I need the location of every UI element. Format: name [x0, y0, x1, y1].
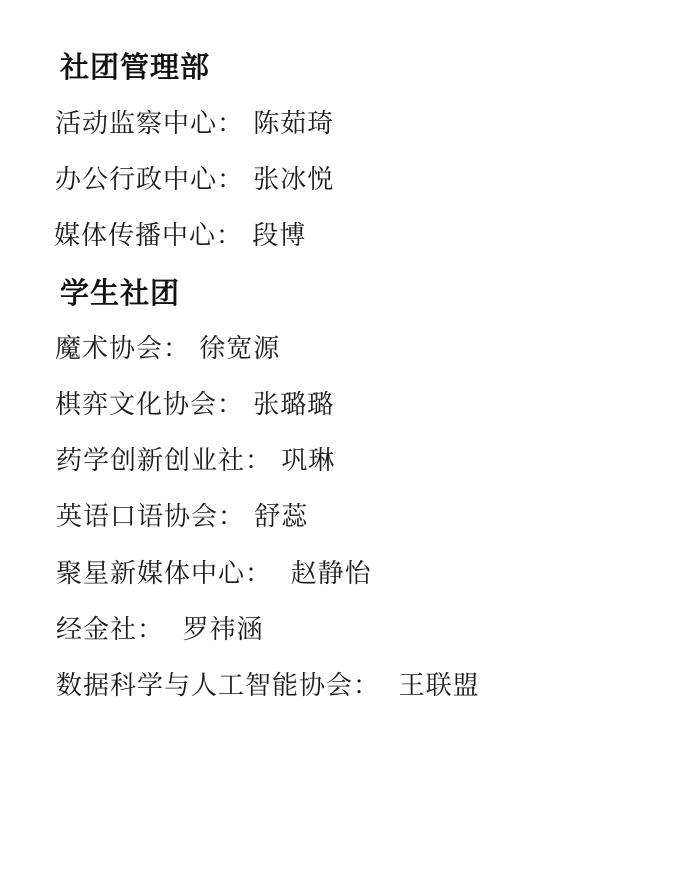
section-title-student-clubs: 学生社团 [60, 276, 180, 310]
entry-label: 药学创新创业社 [56, 446, 245, 476]
entry-row: 药学创新创业社： 巩琳 [56, 445, 335, 477]
entry-colon: ： [216, 221, 243, 251]
entry-colon: ： [137, 615, 164, 645]
entry-label: 聚星新媒体中心 [56, 559, 245, 589]
entry-name: 赵静怡 [291, 559, 372, 589]
entry-label: 经金社 [56, 615, 137, 645]
entry-colon: ： [217, 390, 244, 420]
entry-row: 办公行政中心： 张冰悦 [55, 164, 334, 196]
entry-colon: ： [245, 559, 272, 589]
entry-label: 魔术协会 [55, 334, 163, 364]
section-title-club-management: 社团管理部 [60, 50, 210, 84]
entry-colon: ： [217, 165, 244, 195]
entry-name: 罗祎涵 [183, 615, 264, 645]
entry-name: 巩琳 [281, 446, 335, 476]
entry-name: 舒蕊 [254, 502, 308, 532]
entry-label: 活动监察中心 [55, 109, 217, 139]
entry-label: 英语口语协会 [56, 502, 218, 532]
entry-label: 数据科学与人工智能协会 [56, 671, 353, 701]
entry-row: 活动监察中心： 陈茹琦 [55, 108, 334, 140]
entry-colon: ： [217, 109, 244, 139]
entry-row: 媒体传播中心： 段博 [54, 220, 306, 252]
document-page: 社团管理部 活动监察中心： 陈茹琦 办公行政中心： 张冰悦 媒体传播中心： 段博… [0, 0, 695, 895]
entry-colon: ： [218, 502, 245, 532]
entry-label: 办公行政中心 [55, 165, 217, 195]
entry-label: 媒体传播中心 [54, 221, 216, 251]
entry-name: 王联盟 [399, 671, 480, 701]
entry-row: 英语口语协会： 舒蕊 [56, 501, 308, 533]
entry-row: 经金社： 罗祎涵 [56, 614, 264, 646]
entry-name: 张璐璐 [253, 390, 334, 420]
entry-row: 魔术协会： 徐宽源 [55, 333, 280, 365]
entry-name: 张冰悦 [253, 165, 334, 195]
entry-row: 棋弈文化协会： 张璐璐 [55, 389, 334, 421]
entry-colon: ： [163, 334, 190, 364]
entry-colon: ： [353, 671, 380, 701]
entry-name: 段博 [252, 221, 306, 251]
entry-name: 徐宽源 [199, 334, 280, 364]
entry-row: 数据科学与人工智能协会： 王联盟 [56, 670, 480, 702]
entry-name: 陈茹琦 [253, 109, 334, 139]
entry-label: 棋弈文化协会 [55, 390, 217, 420]
entry-row: 聚星新媒体中心： 赵静怡 [56, 558, 372, 590]
entry-colon: ： [245, 446, 272, 476]
